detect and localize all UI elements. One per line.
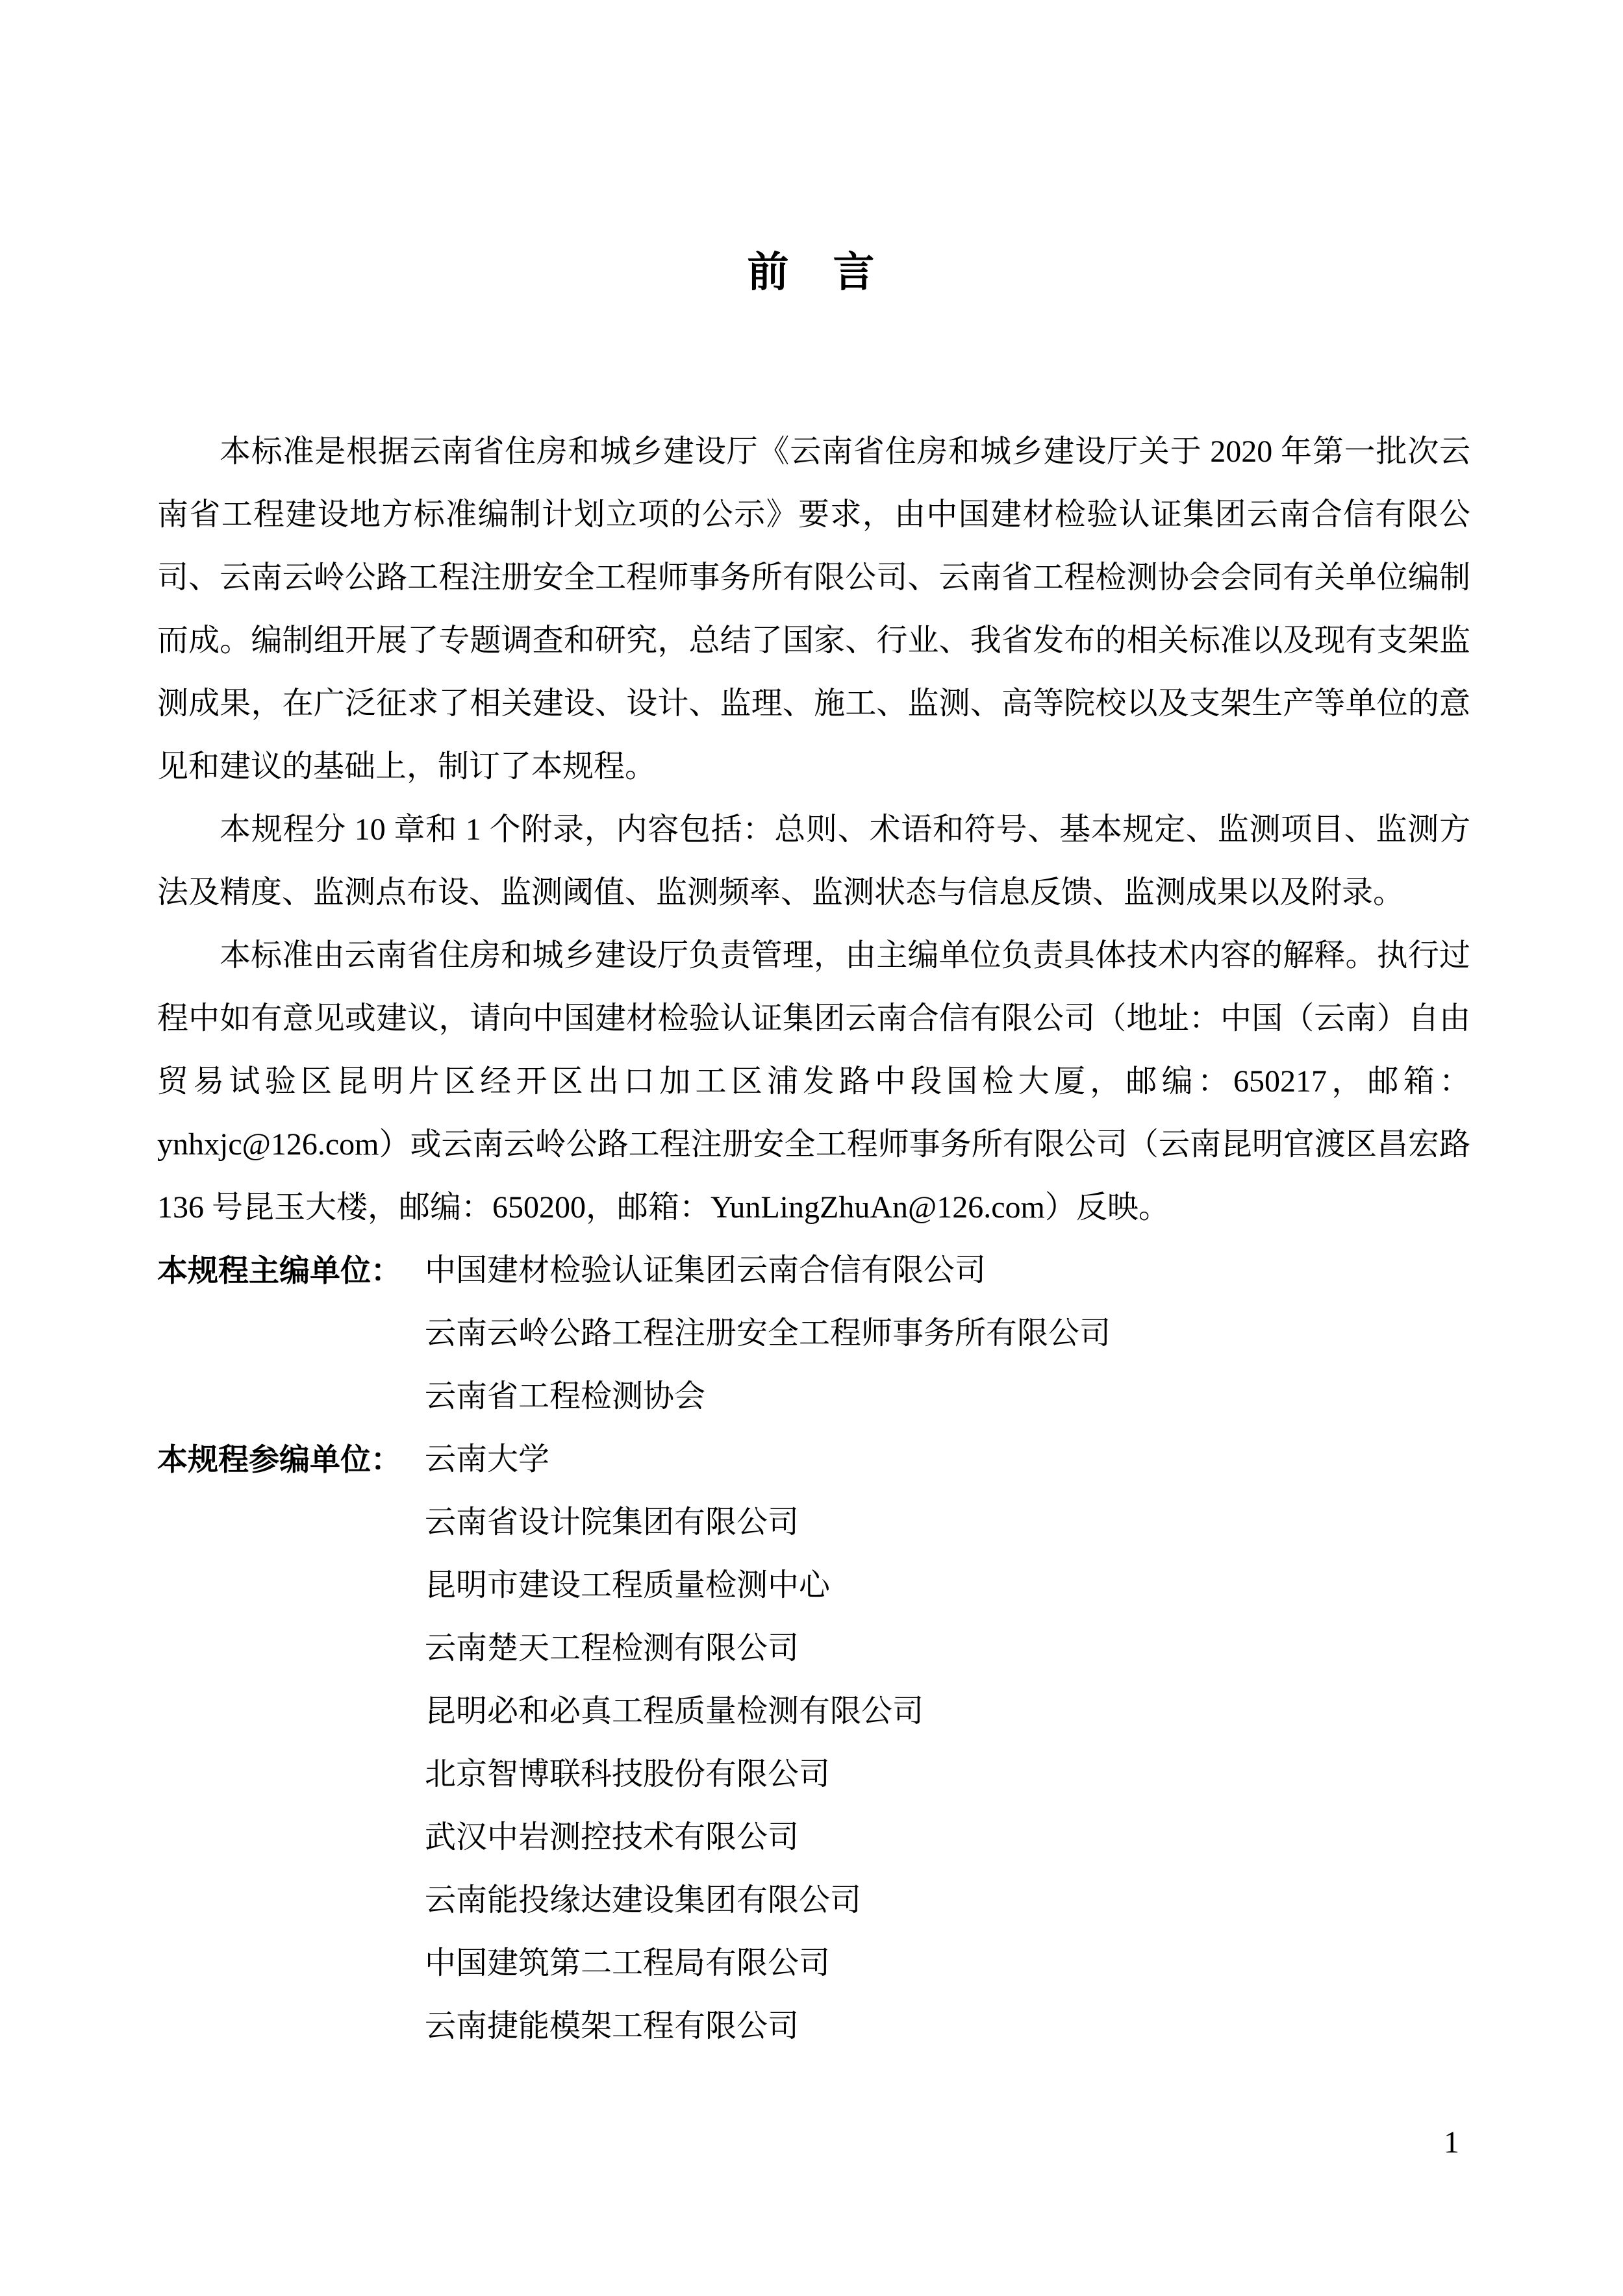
- organization-item: 中国建筑第二工程局有限公司: [425, 1932, 1470, 1995]
- organization-item: 中国建材检验认证集团云南合信有限公司: [425, 1239, 1470, 1302]
- participating-editor-section: 本规程参编单位： 云南大学 云南省设计院集团有限公司 昆明市建设工程质量检测中心…: [157, 1428, 1470, 2058]
- foreword-paragraph-2: 本规程分 10 章和 1 个附录，内容包括：总则、术语和符号、基本规定、监测项目…: [157, 798, 1470, 924]
- organization-item: 武汉中岩测控技术有限公司: [425, 1806, 1470, 1869]
- organization-item: 昆明必和必真工程质量检测有限公司: [425, 1680, 1470, 1743]
- page-number: 1: [1444, 2127, 1459, 2158]
- document-page: 前 言 本标准是根据云南省住房和城乡建设厅《云南省住房和城乡建设厅关于 2020…: [0, 0, 1623, 2296]
- foreword-paragraph-3: 本标准由云南省住房和城乡建设厅负责管理，由主编单位负责具体技术内容的解释。执行过…: [157, 924, 1470, 1239]
- organization-item: 云南捷能模架工程有限公司: [425, 1995, 1470, 2058]
- organization-item: 云南大学: [425, 1428, 1470, 1491]
- organization-item: 云南云岭公路工程注册安全工程师事务所有限公司: [425, 1302, 1470, 1365]
- organization-item: 北京智博联科技股份有限公司: [425, 1743, 1470, 1806]
- foreword-body: 本标准是根据云南省住房和城乡建设厅《云南省住房和城乡建设厅关于 2020 年第一…: [157, 420, 1470, 2058]
- organization-item: 云南省工程检测协会: [425, 1365, 1470, 1428]
- chief-editor-label: 本规程主编单位：: [157, 1239, 425, 1302]
- organization-item: 云南楚天工程检测有限公司: [425, 1617, 1470, 1680]
- chief-editor-organizations: 中国建材检验认证集团云南合信有限公司 云南云岭公路工程注册安全工程师事务所有限公…: [425, 1239, 1470, 1428]
- foreword-paragraph-1: 本标准是根据云南省住房和城乡建设厅《云南省住房和城乡建设厅关于 2020 年第一…: [157, 420, 1470, 798]
- organization-item: 昆明市建设工程质量检测中心: [425, 1554, 1470, 1617]
- participating-editor-label: 本规程参编单位：: [157, 1428, 425, 1491]
- page-title: 前 言: [0, 245, 1623, 299]
- participating-editor-organizations: 云南大学 云南省设计院集团有限公司 昆明市建设工程质量检测中心 云南楚天工程检测…: [425, 1428, 1470, 2058]
- organization-item: 云南能投缘达建设集团有限公司: [425, 1869, 1470, 1932]
- organization-item: 云南省设计院集团有限公司: [425, 1491, 1470, 1554]
- chief-editor-section: 本规程主编单位： 中国建材检验认证集团云南合信有限公司 云南云岭公路工程注册安全…: [157, 1239, 1470, 1428]
